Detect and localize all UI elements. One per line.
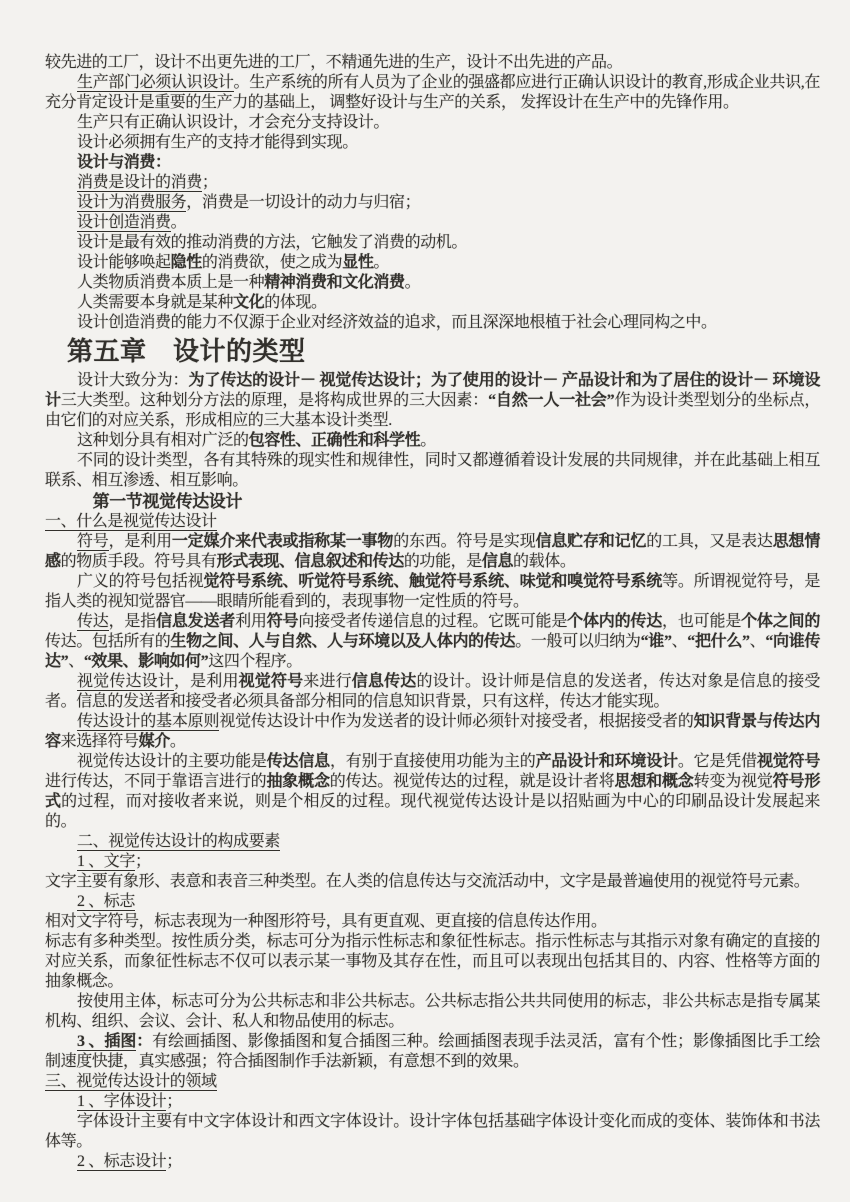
paragraph: 传达设计的基本原则视觉传达设计中作为发送者的设计师必须针对接受者，根据接受者的知… bbox=[45, 712, 820, 752]
text-run: 来选择符号 bbox=[61, 733, 139, 750]
text-run: 信息 bbox=[482, 553, 513, 570]
paragraph: 这种划分具有相对广泛的包容性、正确性和科学性。 bbox=[45, 431, 820, 451]
paragraph: 视觉传达设计，是利用视觉符号来进行信息传达的设计。设计师是信息的发送者，传达对象… bbox=[45, 672, 820, 712]
text-run: ； bbox=[166, 1093, 182, 1110]
text-run: 、 bbox=[750, 633, 766, 650]
text-run: 生产只有正确认识设计，才会充分支持设计。 bbox=[77, 114, 389, 131]
text-run: 向接受者传递信息的过程。它既可能是 bbox=[298, 613, 567, 630]
text-run: 。 bbox=[373, 254, 389, 271]
paragraph: 1 、文字； bbox=[45, 852, 820, 872]
paragraph: 相对文字符号，标志表现为一种图形符号，具有更直观、更直接的信息传达作用。 bbox=[45, 912, 820, 932]
paragraph: 2 、标志 bbox=[45, 892, 820, 912]
text-run: 。 bbox=[405, 274, 421, 291]
text-run: 传达设计的基本原则 bbox=[77, 713, 219, 731]
text-run: ，有别于直接使用功能为主的 bbox=[330, 753, 536, 770]
text-run: 的载体。 bbox=[513, 553, 575, 570]
text-run: 形式表现、信息叙述和传达 bbox=[217, 553, 404, 570]
text-run: 按使用主体，标志可分为公共标志和非公共标志。公共标志指公共共同使用的标志，非公共… bbox=[45, 993, 820, 1030]
text-run: 信息传达 bbox=[352, 673, 417, 690]
text-run: 符号 bbox=[267, 613, 299, 630]
paragraph: 文字主要有象形、表意和表音三种类型。在人类的信息传达与交流活动中，文字是最普遍使… bbox=[45, 872, 820, 892]
paragraph: 广义的符号包括视觉符号系统、听觉符号系统、触觉符号系统、味觉和嗅觉符号系统等。所… bbox=[45, 572, 820, 612]
text-run: 、 bbox=[672, 633, 688, 650]
paragraph: 标志有多种类型。按性质分类，标志可分为指示性标志和象征性标志。指示性标志与其指示… bbox=[45, 932, 820, 992]
text-run: ，是利用 bbox=[109, 533, 172, 550]
text-run: 视觉传达设计 bbox=[77, 673, 174, 691]
text-run: 2 、标志设计 bbox=[77, 1153, 166, 1171]
text-run: 传达。包括所有的 bbox=[45, 633, 170, 650]
text-run: 产品设计和环境设计 bbox=[536, 753, 678, 770]
text-run: 2 、标志 bbox=[77, 893, 135, 911]
section-heading: 第一节视觉传达设计 bbox=[45, 491, 820, 512]
text-run: 人类需要本身就是某种 bbox=[77, 294, 233, 311]
paragraph: 视觉传达设计的主要功能是传达信息，有别于直接使用功能为主的产品设计和环境设计。它… bbox=[45, 752, 820, 832]
text-run: 的消费欲，使之成为 bbox=[202, 254, 342, 271]
text-run: 的体现。 bbox=[264, 294, 326, 311]
paragraph: 设计创造消费。 bbox=[45, 213, 820, 233]
text-run: 信息发送者 bbox=[156, 613, 235, 630]
text-run: 字体设计主要有中文字体设计和西文字体设计。设计字体包括基础字体设计变化而成的变体… bbox=[45, 1113, 820, 1150]
paragraph: 设计创造消费的能力不仅源于企业对经济效益的追求，而且深深地根植于社会心理同构之中… bbox=[45, 313, 820, 333]
text-run: 消费是设计的消费 bbox=[77, 174, 202, 192]
text-run: 第五章 设计的类型 bbox=[67, 337, 306, 366]
text-run: ，是指 bbox=[109, 613, 156, 630]
paragraph: 人类物质消费本质上是一种精神消费和文化消费。 bbox=[45, 273, 820, 293]
text-run: 第一节视觉传达设计 bbox=[93, 492, 242, 511]
text-run: 传达信息 bbox=[267, 753, 330, 770]
paragraph: 设计为消费服务，消费是一切设计的动力与归宿； bbox=[45, 193, 820, 213]
text-run: 这四个程序。 bbox=[208, 653, 302, 670]
text-run: 设计创造消费的能力不仅源于企业对经济效益的追求，而且深深地根植于社会心理同构之中… bbox=[77, 314, 717, 331]
paragraph: 按使用主体，标志可分为公共标志和非公共标志。公共标志指公共共同使用的标志，非公共… bbox=[45, 992, 820, 1032]
text-run: ，也可能是 bbox=[662, 613, 741, 630]
paragraph: 生产部门必须认识设计。生产系统的所有人员为了企业的强盛都应进行正确认识设计的教育… bbox=[45, 73, 820, 113]
text-run: 1 、字体设计 bbox=[77, 1093, 166, 1111]
text-run: 、 bbox=[68, 653, 84, 670]
text-run: 一、什么是视觉传达设计 bbox=[45, 513, 217, 531]
text-run: 有绘画插图、影像插图和复合插图三种。绘画插图表现手法灵活，富有个性；影像插图比手… bbox=[45, 1033, 820, 1070]
chapter-heading: 第五章 设计的类型 bbox=[67, 337, 820, 367]
text-run: ： bbox=[136, 1033, 152, 1050]
paragraph: 设计与消费： bbox=[45, 153, 820, 173]
text-run: ，消费是一切设计的动力与归宿； bbox=[186, 194, 420, 211]
text-run: 信息贮存和记忆 bbox=[536, 533, 647, 550]
text-run: 视觉传达设计中作为发送者的设计师必须针对接受者，根据接受者的 bbox=[219, 713, 693, 730]
text-run: 较先进的工厂，设计不出更先进的工厂，不精通先进的生产，设计不出先进的产品。 bbox=[45, 54, 622, 71]
text-run: 的过程，而对接收者来说，则是个相反的过程。现代视觉传达设计是以招贴画为中心的印刷… bbox=[45, 793, 820, 830]
text-run: 3 、插图 bbox=[77, 1033, 136, 1051]
text-run: 相对文字符号，标志表现为一种图形符号，具有更直观、更直接的信息传达作用。 bbox=[45, 913, 607, 930]
text-run: 传达 bbox=[77, 613, 109, 631]
text-run: 的功能，是 bbox=[404, 553, 482, 570]
text-run: ； bbox=[135, 853, 151, 870]
paragraph: 字体设计主要有中文字体设计和西文字体设计。设计字体包括基础字体设计变化而成的变体… bbox=[45, 1112, 820, 1152]
paragraph: 一、什么是视觉传达设计 bbox=[45, 512, 820, 532]
text-run: 的物质手段。符号具有 bbox=[61, 553, 217, 570]
text-run: 设计为消费服务 bbox=[77, 194, 186, 212]
paragraph: 1 、字体设计； bbox=[45, 1092, 820, 1112]
paragraph: 设计是最有效的推动消费的方法，它触发了消费的动机。 bbox=[45, 233, 820, 253]
paragraph: 消费是设计的消费； bbox=[45, 173, 820, 193]
text-run: 二、视觉传达设计的构成要素 bbox=[77, 833, 280, 851]
text-run: “效果、影响如何” bbox=[84, 653, 208, 670]
text-run: 标志有多种类型。按性质分类，标志可分为指示性标志和象征性标志。指示性标志与其指示… bbox=[45, 933, 820, 990]
text-run: “把什么” bbox=[687, 633, 749, 650]
text-run: 广义的符号包括视 bbox=[77, 573, 204, 590]
text-run: “谁” bbox=[641, 633, 672, 650]
paragraph: 设计能够唤起隐性的消费欲，使之成为显性。 bbox=[45, 253, 820, 273]
text-run: 三、视觉传达设计的领域 bbox=[45, 1073, 217, 1091]
text-run: 个体之间的 bbox=[741, 613, 820, 630]
text-run: 转变为视觉 bbox=[694, 773, 773, 790]
text-run: 。一般可以归纳为 bbox=[515, 633, 640, 650]
paragraph: 生产只有正确认识设计，才会充分支持设计。 bbox=[45, 113, 820, 133]
text-run: 媒介 bbox=[139, 733, 170, 750]
paragraph: 较先进的工厂，设计不出更先进的工厂，不精通先进的生产，设计不出先进的产品。 bbox=[45, 53, 820, 73]
text-run: 。它是凭借 bbox=[678, 753, 757, 770]
paragraph: 人类需要本身就是某种文化的体现。 bbox=[45, 293, 820, 313]
paragraph: 二、视觉传达设计的构成要素 bbox=[45, 832, 820, 852]
text-run: 不同的设计类型，各有其特殊的现实性和规律性，同时又都遵循着设计发展的共同规律，并… bbox=[45, 452, 820, 489]
text-run: 。 bbox=[170, 733, 186, 750]
text-run: 的东西。符号是实现 bbox=[393, 533, 535, 550]
paragraph: 不同的设计类型，各有其特殊的现实性和规律性，同时又都遵循着设计发展的共同规律，并… bbox=[45, 451, 820, 491]
text-run: 抽象概念 bbox=[266, 773, 329, 790]
text-run: 的传达。视觉传达的过程，就是设计者将 bbox=[330, 773, 615, 790]
paragraph: 传达，是指信息发送者利用符号向接受者传递信息的过程。它既可能是个体内的传达，也可… bbox=[45, 612, 820, 672]
text-run: 进行传达，不同于靠语言进行的 bbox=[45, 773, 266, 790]
text-run: 生物之间、人与自然、人与环境以及人体内的传达 bbox=[170, 633, 515, 650]
paragraph: 三、视觉传达设计的领域 bbox=[45, 1072, 820, 1092]
text-run: 这种划分具有相对广泛的 bbox=[77, 432, 249, 449]
text-run: 符号 bbox=[77, 533, 109, 551]
text-run: ； bbox=[202, 174, 218, 191]
text-run: 精神消费和文化消费 bbox=[264, 274, 404, 291]
text-run: 思想和概念 bbox=[615, 773, 694, 790]
text-run: 。 bbox=[171, 214, 187, 231]
text-run: 视觉符号 bbox=[757, 753, 820, 770]
paragraph: 设计必须拥有生产的支持才能得到实现。 bbox=[45, 133, 820, 153]
text-run: 的工具，又是表达 bbox=[646, 533, 773, 550]
document-page: 较先进的工厂，设计不出更先进的工厂，不精通先进的生产，设计不出先进的产品。生产部… bbox=[0, 0, 850, 1202]
text-run: 利用 bbox=[235, 613, 267, 630]
text-run: ，是利用 bbox=[174, 673, 239, 690]
text-run: 设计与消费： bbox=[77, 154, 171, 171]
text-run: 个体内的传达 bbox=[567, 613, 662, 630]
paragraph: 符号，是利用一定媒介来代表或指称某一事物的东西。符号是实现信息贮存和记忆的工具，… bbox=[45, 532, 820, 572]
text-run: 设计创造消费 bbox=[77, 214, 171, 232]
paragraph: 设计大致分为：为了传达的设计－ 视觉传达设计；为了使用的设计－ 产品设计和为了居… bbox=[45, 371, 820, 431]
text-run: 设计是最有效的推动消费的方法，它触发了消费的动机。 bbox=[77, 234, 467, 251]
text-run: 人类物质消费本质上是一种 bbox=[77, 274, 264, 291]
text-run: 显性 bbox=[342, 254, 373, 271]
paragraph: 2 、标志设计； bbox=[45, 1152, 820, 1172]
document-content: 较先进的工厂，设计不出更先进的工厂，不精通先进的生产，设计不出先进的产品。生产部… bbox=[45, 53, 820, 1172]
text-run: 1 、文字 bbox=[77, 853, 135, 871]
text-run: “自然一人一社会” bbox=[488, 392, 614, 409]
text-run: 。 bbox=[420, 432, 436, 449]
text-run: 设计大致分为： bbox=[77, 372, 188, 389]
text-run: 隐性 bbox=[171, 254, 202, 271]
text-run: 设计能够唤起 bbox=[77, 254, 171, 271]
text-run: 觉符号系统、听觉符号系统、触觉符号系统、味觉和嗅觉符号系统 bbox=[204, 573, 663, 590]
text-run: 视觉符号 bbox=[239, 673, 304, 690]
text-run: 文字主要有象形、表意和表音三种类型。在人类的信息传达与交流活动中，文字是最普遍使… bbox=[45, 873, 809, 890]
text-run: 文化 bbox=[233, 294, 264, 311]
text-run: 视觉传达设计的主要功能是 bbox=[77, 753, 267, 770]
paragraph: 3 、插图：有绘画插图、影像插图和复合插图三种。绘画插图表现手法灵活，富有个性；… bbox=[45, 1032, 820, 1072]
text-run: ； bbox=[166, 1153, 182, 1170]
text-run: 设计必须拥有生产的支持才能得到实现。 bbox=[77, 134, 358, 151]
text-run: 生产部门必须认识设计 bbox=[77, 74, 234, 92]
text-run: 来进行 bbox=[303, 673, 352, 690]
text-run: 三大类型。这种划分方法的原理，是将构成世界的三大因素： bbox=[61, 392, 488, 409]
text-run: 一定媒介来代表或指称某一事物 bbox=[172, 533, 393, 550]
text-run: 包容性、正确性和科学性 bbox=[249, 432, 421, 449]
